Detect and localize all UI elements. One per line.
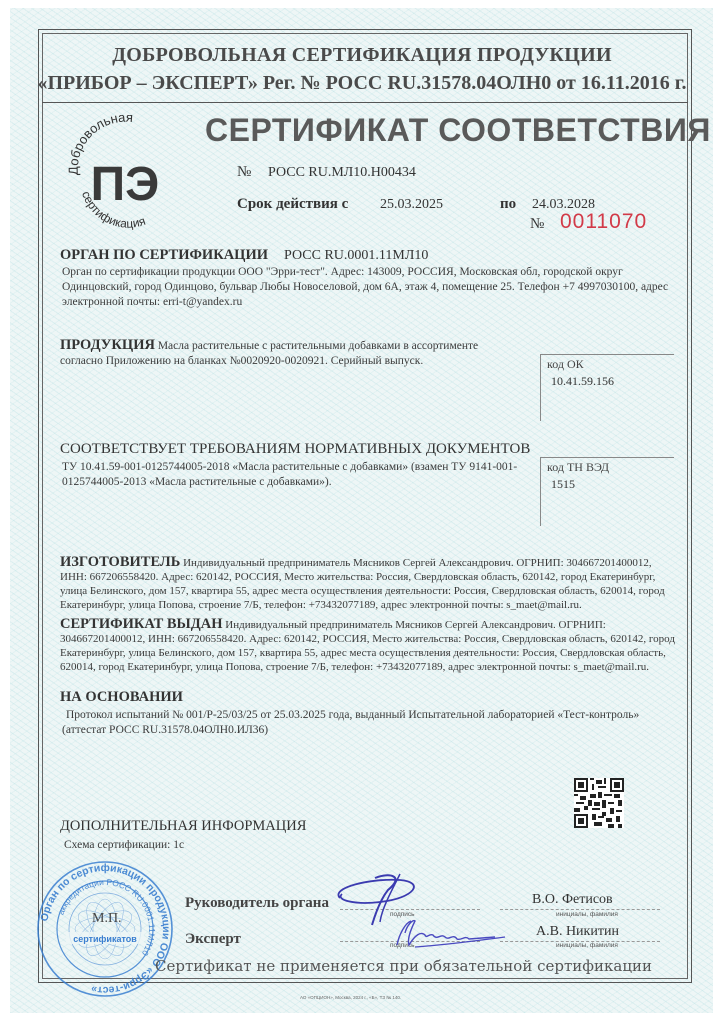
blank-number: 0011070 [560, 210, 647, 234]
manufacturer-heading: ИЗГОТОВИТЕЛЬ [60, 554, 180, 570]
manufacturer-section: ИЗГОТОВИТЕЛЬ Индивидуальный предпринимат… [60, 555, 675, 612]
certification-body-section: ОРГАН ПО СЕРТИФИКАЦИИ РОСС RU.0001.11МЛ1… [60, 246, 428, 264]
ok-code-box: код ОК 10.41.59.156 [540, 354, 674, 421]
certification-body-code: РОСС RU.0001.11МЛ10 [284, 248, 428, 263]
expert-label: Эксперт [185, 931, 241, 948]
qr-code [574, 778, 624, 828]
voluntary-certification-logo: Добровольная ПЭ сертификация [60, 115, 190, 230]
issued-to-heading: СЕРТИФИКАТ ВЫДАН [60, 616, 223, 632]
head-name-line [500, 909, 660, 910]
certification-seal-stamp: Орган по сертификации продукции ООО «Эрр… [36, 860, 174, 998]
printer-imprint: АО «ОПЦИОН», Москва, 2024 г., «Б», ТЗ № … [300, 995, 401, 1000]
certification-scheme: Схема сертификации: 1с [64, 838, 184, 853]
product-heading: ПРОДУКЦИЯ [60, 337, 155, 353]
document-title: СЕРТИФИКАТ СООТВЕТСТВИЯ [205, 112, 711, 149]
logo-mark: ПЭ [91, 158, 160, 211]
ok-code-value: 10.41.59.156 [551, 374, 674, 389]
seal-place-label: М.П. [92, 911, 122, 927]
stamp-center-text: сертификатов [73, 934, 137, 944]
valid-to-label: по [500, 196, 516, 213]
basis-text: Протокол испытаний № 001/Р-25/03/25 от 2… [62, 708, 682, 738]
certificate-number-label: № [237, 164, 251, 181]
conformity-heading: СООТВЕТСТВУЕТ ТРЕБОВАНИЯМ НОРМАТИВНЫХ ДО… [60, 441, 530, 458]
validity-label: Срок действия с [237, 196, 348, 213]
header-divider [42, 102, 688, 103]
footer-notice: Сертификат не применяется при обязательн… [155, 957, 652, 975]
certification-body-heading: ОРГАН ПО СЕРТИФИКАЦИИ [60, 247, 268, 263]
basis-heading: НА ОСНОВАНИИ [60, 689, 183, 706]
head-name-caption: инициалы, фамилия [556, 911, 618, 918]
header-line-1: ДОБРОВОЛЬНАЯ СЕРТИФИКАЦИЯ ПРОДУКЦИИ [0, 44, 724, 67]
tnved-code-label: код ТН ВЭД [547, 460, 674, 475]
header-line-2: «ПРИБОР – ЭКСПЕРТ» Рег. № РОСС RU.31578.… [0, 72, 724, 95]
valid-from-date: 25.03.2025 [380, 197, 443, 213]
expert-name: А.В. Никитин [536, 924, 619, 940]
conformity-text: ТУ 10.41.59-001-0125744005-2018 «Масла р… [62, 460, 527, 490]
product-section: ПРОДУКЦИЯ Масла растительные с раститель… [60, 338, 505, 369]
expert-signature [385, 915, 515, 955]
additional-info-heading: ДОПОЛНИТЕЛЬНАЯ ИНФОРМАЦИЯ [60, 818, 306, 835]
tnved-code-value: 1515 [551, 477, 674, 492]
expert-name-caption: инициалы, фамилия [556, 942, 618, 949]
blank-number-label: № [530, 216, 544, 233]
ok-code-label: код ОК [547, 357, 674, 372]
issued-to-section: СЕРТИФИКАТ ВЫДАН Индивидуальный предприн… [60, 617, 675, 674]
certificate-number: РОСС RU.МЛ10.Н00434 [268, 165, 416, 181]
certification-body-text: Орган по сертификации продукции ООО "Эрр… [62, 265, 674, 310]
tnved-code-box: код ТН ВЭД 1515 [540, 457, 674, 526]
head-of-body-label: Руководитель органа [185, 895, 329, 912]
head-of-body-name: В.О. Фетисов [532, 892, 613, 908]
